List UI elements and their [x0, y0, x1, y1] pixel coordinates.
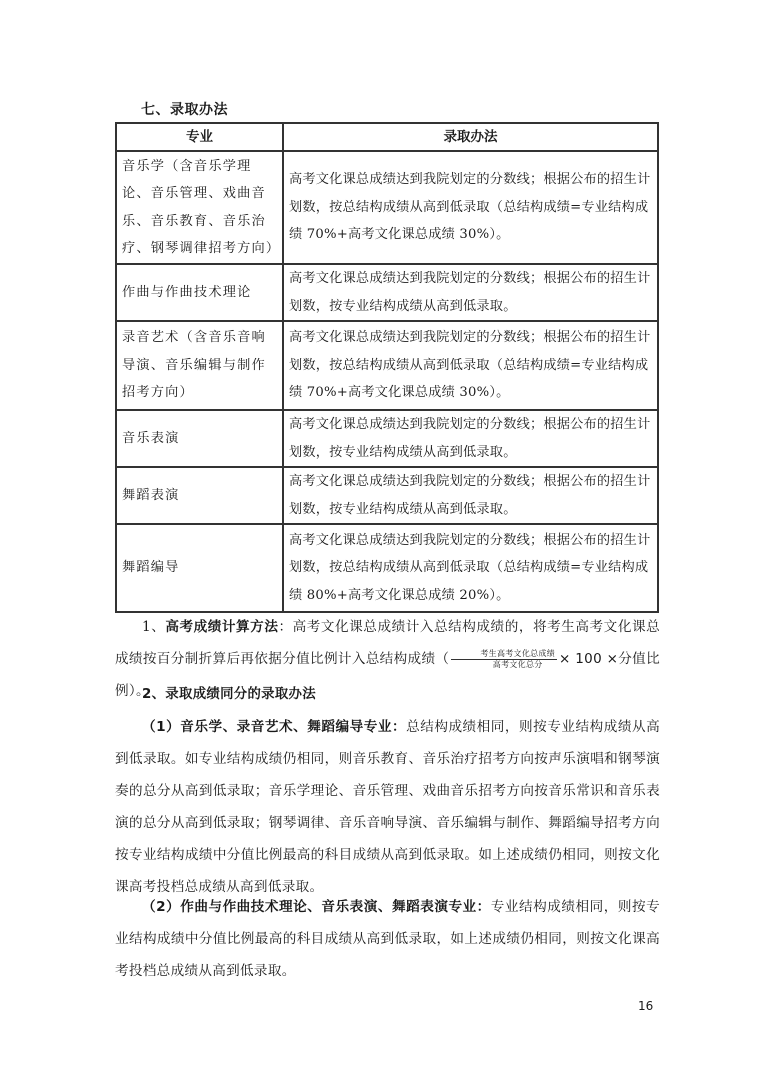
table-row: 舞蹈表演 高考文化课总成绩达到我院划定的分数线；根据公布的招生计划数，按专业结构…: [116, 467, 658, 524]
table-row: 舞蹈编导 高考文化课总成绩达到我院划定的分数线；根据公布的招生计划数，按总结构成…: [116, 524, 658, 612]
method-cell: 高考文化课总成绩达到我院划定的分数线；根据公布的招生计划数，按总结构成绩从高到低…: [283, 151, 658, 264]
tie-break-heading: 2、录取成绩同分的录取办法: [115, 679, 660, 711]
document-page: 七、录取办法 专业 录取办法 音乐学（含音乐学理论、音乐管理、戏曲音乐、音乐教育…: [0, 0, 770, 1089]
fraction-numerator: 考生高考文化总成绩: [451, 649, 557, 660]
rule-1-label: （1）音乐学、录音艺术、舞蹈编导专业：: [142, 719, 406, 735]
admission-method-table: 专业 录取办法 音乐学（含音乐学理论、音乐管理、戏曲音乐、音乐教育、音乐治疗、钢…: [115, 122, 659, 613]
score-calculation-label: 高考成绩计算方法: [165, 619, 278, 635]
header-method: 录取办法: [283, 123, 658, 151]
table-row: 录音艺术（含音乐音响导演、音乐编辑与制作招考方向） 高考文化课总成绩达到我院划定…: [116, 321, 658, 410]
major-cell: 舞蹈编导: [116, 524, 283, 612]
section-title: 七、录取办法: [141, 99, 228, 119]
tie-break-rule-2: （2）作曲与作曲技术理论、音乐表演、舞蹈表演专业：专业结构成绩相同，则按专业结构…: [115, 891, 660, 987]
score-fraction: 考生高考文化总成绩高考文化总分: [451, 649, 557, 670]
header-major: 专业: [116, 123, 283, 151]
method-cell: 高考文化课总成绩达到我院划定的分数线；根据公布的招生计划数，按总结构成绩从高到低…: [283, 524, 658, 612]
method-cell: 高考文化课总成绩达到我院划定的分数线；根据公布的招生计划数，按专业结构成绩从高到…: [283, 467, 658, 524]
fraction-denominator: 高考文化总分: [451, 660, 557, 670]
method-cell: 高考文化课总成绩达到我院划定的分数线；根据公布的招生计划数，按专业结构成绩从高到…: [283, 410, 658, 467]
major-cell: 作曲与作曲技术理论: [116, 264, 283, 321]
method-cell: 高考文化课总成绩达到我院划定的分数线；根据公布的招生计划数，按专业结构成绩从高到…: [283, 264, 658, 321]
major-cell: 音乐学（含音乐学理论、音乐管理、戏曲音乐、音乐教育、音乐治疗、钢琴调律招考方向）: [116, 151, 283, 264]
major-cell: 录音艺术（含音乐音响导演、音乐编辑与制作招考方向）: [116, 321, 283, 410]
multiplier: × 100 ×: [559, 651, 618, 667]
major-cell: 音乐表演: [116, 410, 283, 467]
tie-break-rule-1: （1）音乐学、录音艺术、舞蹈编导专业：总结构成绩相同，则按专业结构成绩从高到低录…: [115, 711, 660, 903]
table-row: 音乐表演 高考文化课总成绩达到我院划定的分数线；根据公布的招生计划数，按专业结构…: [116, 410, 658, 467]
rule-2-label: （2）作曲与作曲技术理论、音乐表演、舞蹈表演专业：: [142, 899, 491, 915]
table-row: 作曲与作曲技术理论 高考文化课总成绩达到我院划定的分数线；根据公布的招生计划数，…: [116, 264, 658, 321]
method-cell: 高考文化课总成绩达到我院划定的分数线；根据公布的招生计划数，按总结构成绩从高到低…: [283, 321, 658, 410]
table-row: 音乐学（含音乐学理论、音乐管理、戏曲音乐、音乐教育、音乐治疗、钢琴调律招考方向）…: [116, 151, 658, 264]
major-cell: 舞蹈表演: [116, 467, 283, 524]
table-header-row: 专业 录取办法: [116, 123, 658, 151]
page-number: 16: [638, 999, 653, 1013]
